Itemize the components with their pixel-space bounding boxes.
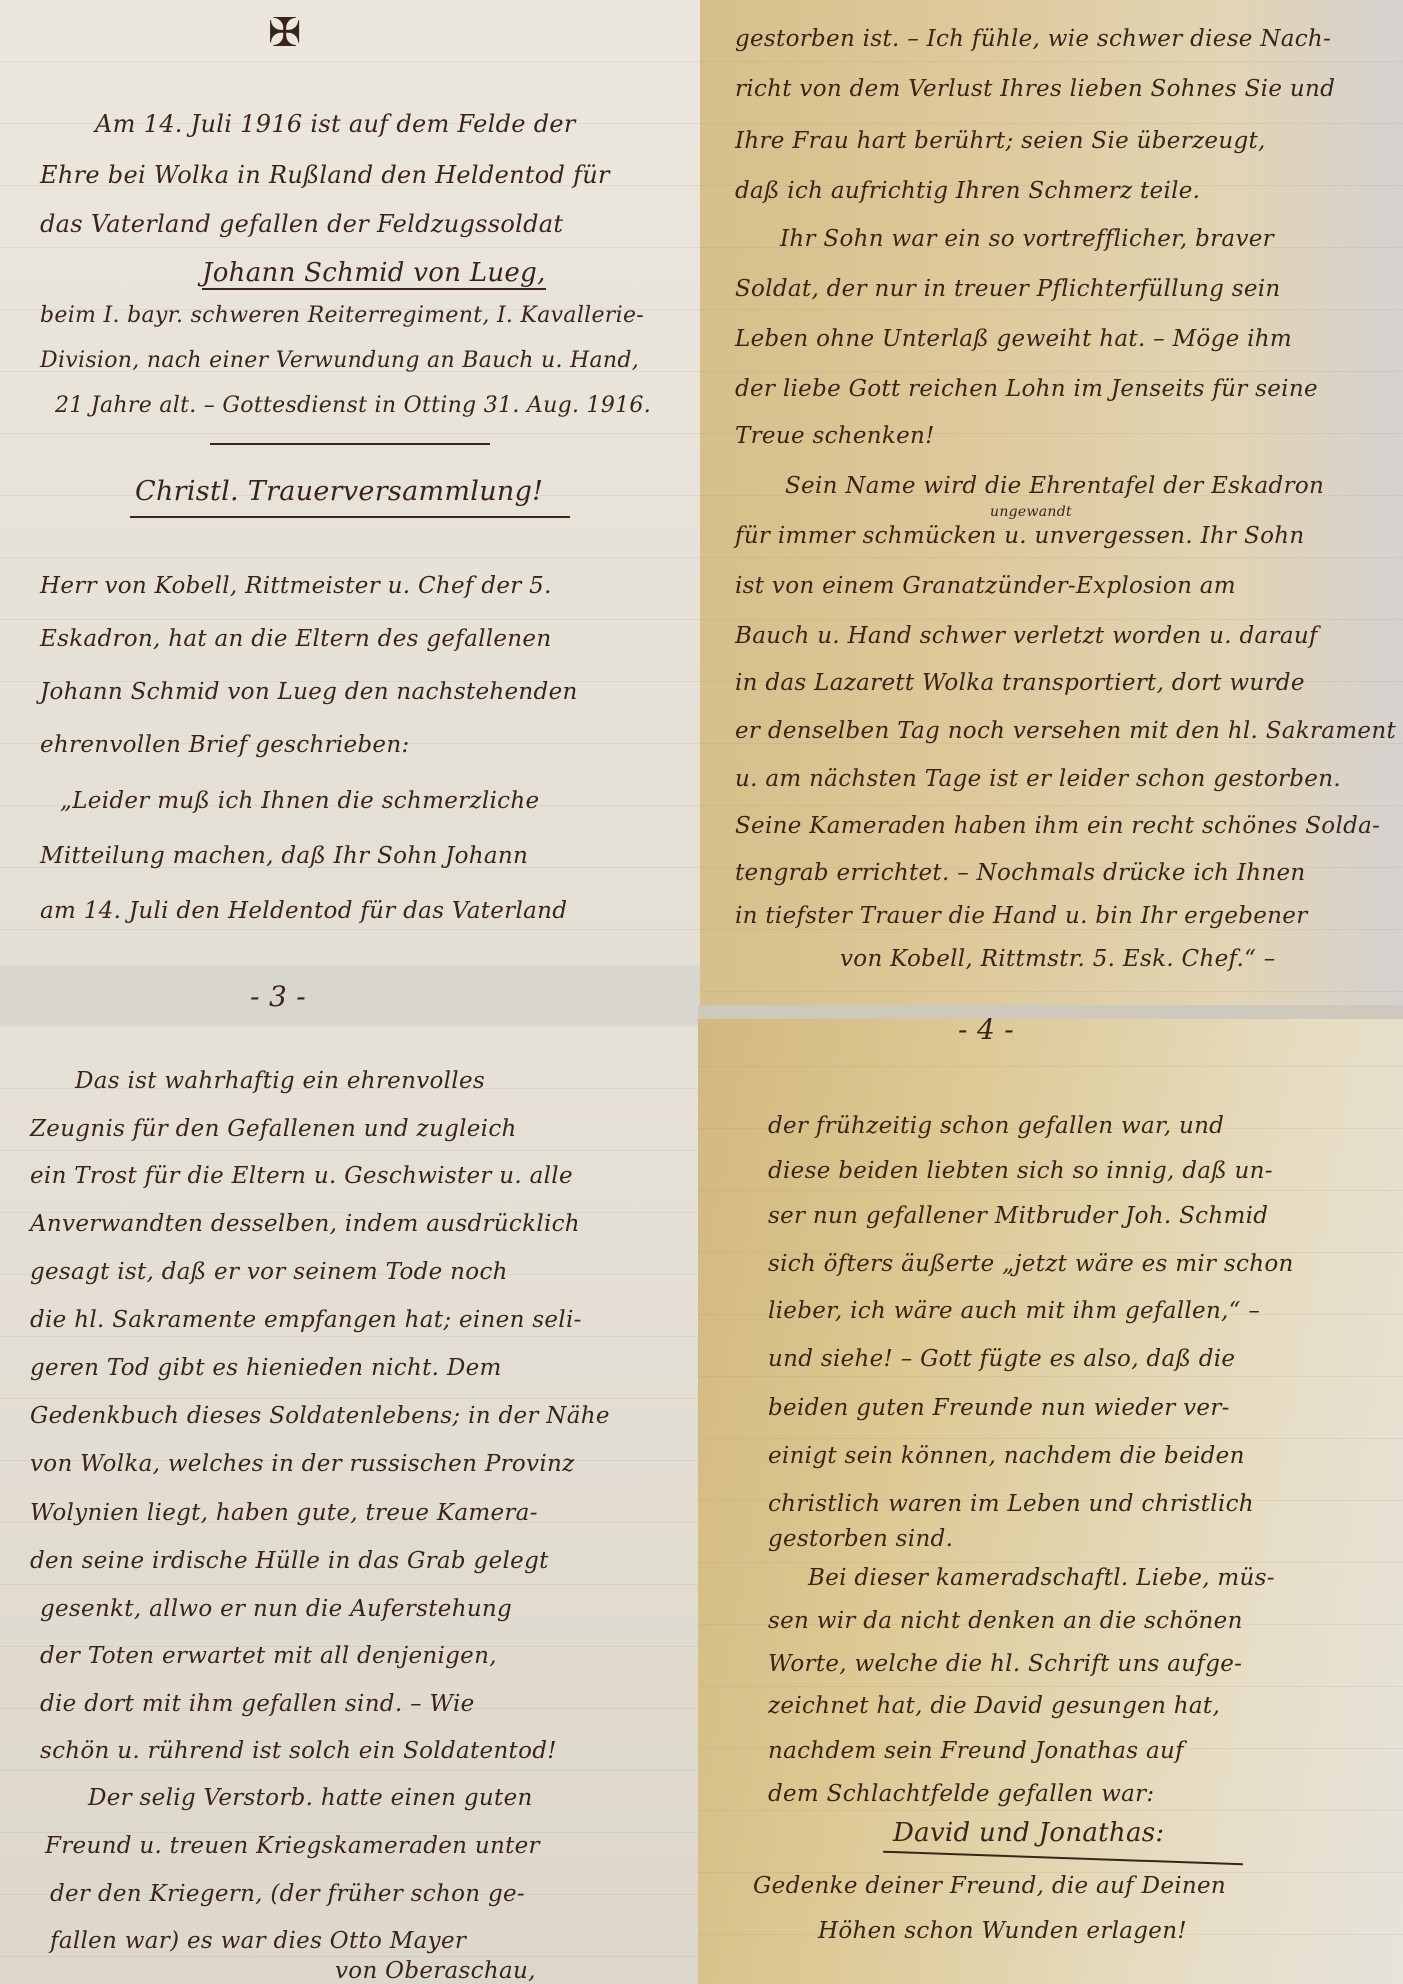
body-line: Ihre Frau hart berührt; seien Sie überze… [735,130,1266,153]
section-heading: Christl. Trauerversammlung! [135,478,543,505]
body-line: u. am nächsten Tage ist er leider schon … [735,768,1341,791]
insertion-note: ungewandt [990,505,1072,519]
body-line: Wolynien liegt, haben gute, treue Kamera… [30,1502,538,1525]
body-line: Johann Schmid von Lueg den nachstehenden [40,681,578,704]
body-line: Seine Kameraden haben ihm ein recht schö… [735,815,1380,838]
heading-underline [130,516,570,518]
body-line: der den Kriegern, (der früher schon ge- [50,1883,525,1906]
body-line: gestorben ist. – Ich fühle, wie schwer d… [735,28,1331,51]
body-line: die dort mit ihm gefallen sind. – Wie [40,1693,475,1716]
section-heading: David und Jonathas: [893,1820,1164,1846]
body-line: Anverwandten desselben, indem ausdrückli… [30,1213,580,1236]
cross-icon: ✠ [268,10,302,56]
announcement-line: das Vaterland gefallen der Feldzugssolda… [40,212,563,236]
body-line: „Leider muß ich Ihnen die schmerzliche [60,790,539,813]
body-line: gesagt ist, daß er vor seinem Tode noch [30,1261,508,1284]
body-line: Bei dieser kameradschaftl. Liebe, müs- [808,1567,1275,1590]
body-line: einigt sein können, nachdem die beiden [768,1445,1245,1468]
detail-line: Division, nach einer Verwundung an Bauch… [40,350,639,372]
letter-page-1: ✠ Am 14. Juli 1916 ist auf dem Felde der… [0,0,700,965]
page-edge [0,965,700,1025]
body-line: die hl. Sakramente empfangen hat; einen … [30,1309,582,1332]
body-line: Mitteilung machen, daß Ihr Sohn Johann [40,845,528,868]
body-line: tengrab errichtet. – Nochmals drücke ich… [735,862,1306,885]
announcement-line: Ehre bei Wolka in Rußland den Heldentod … [40,163,610,187]
body-line: gesenkt, allwo er nun die Auferstehung [40,1598,512,1621]
body-line: Herr von Kobell, Rittmeister u. Chef der… [40,575,552,598]
body-line: Sein Name wird die Ehrentafel der Eskadr… [785,475,1324,498]
body-line: zeichnet hat, die David gesungen hat, [768,1695,1220,1718]
body-line: Ihr Sohn war ein so vortrefflicher, brav… [780,228,1274,251]
body-line: von Oberaschau, [335,1960,536,1983]
letter-page-3: - 3 - Das ist wahrhaftig ein ehrenvolles… [0,965,700,1984]
page-number: - 4 - [958,1013,1014,1046]
body-line: lieber, ich wäre auch mit ihm gefallen,“… [768,1300,1260,1323]
body-line: Leben ohne Unterlaß geweiht hat. – Möge … [735,328,1292,351]
detail-line: beim I. bayr. schweren Reiterregiment, I… [40,305,644,327]
body-line: nachdem sein Freund Jonathas auf [768,1740,1184,1763]
body-line: Eskadron, hat an die Eltern des gefallen… [40,628,551,651]
body-line: christlich waren im Leben und christlich [768,1493,1254,1516]
letter-page-4: - 4 - der frühzeitig schon gefallen war,… [698,1005,1403,1984]
body-line: den seine irdische Hülle in das Grab gel… [30,1550,549,1573]
body-line: der Toten erwartet mit all denjenigen, [40,1645,497,1668]
body-line: richt von dem Verlust Ihres lieben Sohne… [735,78,1335,101]
signature: von Kobell, Rittmstr. 5. Esk. Chef.“ – [840,948,1276,971]
body-line: Gedenkbuch dieses Soldatenlebens; in der… [30,1405,610,1428]
body-line: der frühzeitig schon gefallen war, und [768,1115,1224,1138]
body-line: daß ich aufrichtig Ihren Schmerz teile. [735,180,1200,203]
body-line: am 14. Juli den Heldentod für das Vaterl… [40,900,567,923]
body-line: für immer schmücken u. unvergessen. Ihr … [735,525,1304,548]
soldier-name: Johann Schmid von Lueg, [202,260,546,290]
letter-page-2: gestorben ist. – Ich fühle, wie schwer d… [700,0,1403,1005]
body-line: schön u. rührend ist solch ein Soldatent… [40,1740,557,1763]
detail-line: 21 Jahre alt. – Gottesdienst in Otting 3… [55,395,651,417]
body-line: ehrenvollen Brief geschrieben: [40,734,410,757]
body-line: in tiefster Trauer die Hand u. bin Ihr e… [735,905,1308,928]
body-line: ist von einem Granatzünder-Explosion am [735,575,1236,598]
body-line: Worte, welche die hl. Schrift uns aufge- [768,1653,1242,1676]
body-line: ser nun gefallener Mitbruder Joh. Schmid [768,1205,1268,1228]
body-line: sen wir da nicht denken an die schönen [768,1610,1243,1633]
body-line: Freund u. treuen Kriegskameraden unter [45,1835,540,1858]
body-line: er denselben Tag noch versehen mit den h… [735,720,1396,743]
body-line: der liebe Gott reichen Lohn im Jenseits … [735,378,1318,401]
body-line: ein Trost für die Eltern u. Geschwister … [30,1165,573,1188]
page-edge [698,1005,1403,1019]
announcement-line: Am 14. Juli 1916 ist auf dem Felde der [95,112,576,136]
body-line: Der selig Verstorb. hatte einen guten [88,1787,533,1810]
page-number: - 3 - [250,980,306,1013]
body-line: von Wolka, welches in der russischen Pro… [30,1453,575,1476]
body-line: Soldat, der nur in treuer Pflichterfüllu… [735,278,1281,301]
body-line: geren Tod gibt es hienieden nicht. Dem [30,1357,502,1380]
body-line: sich öfters äußerte „jetzt wäre es mir s… [768,1253,1294,1276]
body-line: Bauch u. Hand schwer verletzt worden u. … [735,625,1318,648]
body-line: dem Schlachtfelde gefallen war: [768,1783,1155,1806]
body-line: diese beiden liebten sich so innig, daß … [768,1160,1273,1183]
body-line: fallen war) es war dies Otto Mayer [50,1930,466,1953]
body-line: gestorben sind. [768,1528,953,1551]
body-line: Treue schenken! [735,425,935,448]
separator-line [210,443,490,445]
heading-underline [883,1851,1243,1866]
body-line: Das ist wahrhaftig ein ehrenvolles [75,1070,485,1093]
body-line: beiden guten Freunde nun wieder ver- [768,1397,1230,1420]
closing-line: Gedenke deiner Freund, die auf Deinen [753,1875,1226,1898]
closing-line: Höhen schon Wunden erlagen! [818,1920,1187,1943]
body-line: in das Lazarett Wolka transportiert, dor… [735,672,1305,695]
body-line: Zeugnis für den Gefallenen und zugleich [30,1118,517,1141]
body-line: und siehe! – Gott fügte es also, daß die [768,1348,1235,1371]
